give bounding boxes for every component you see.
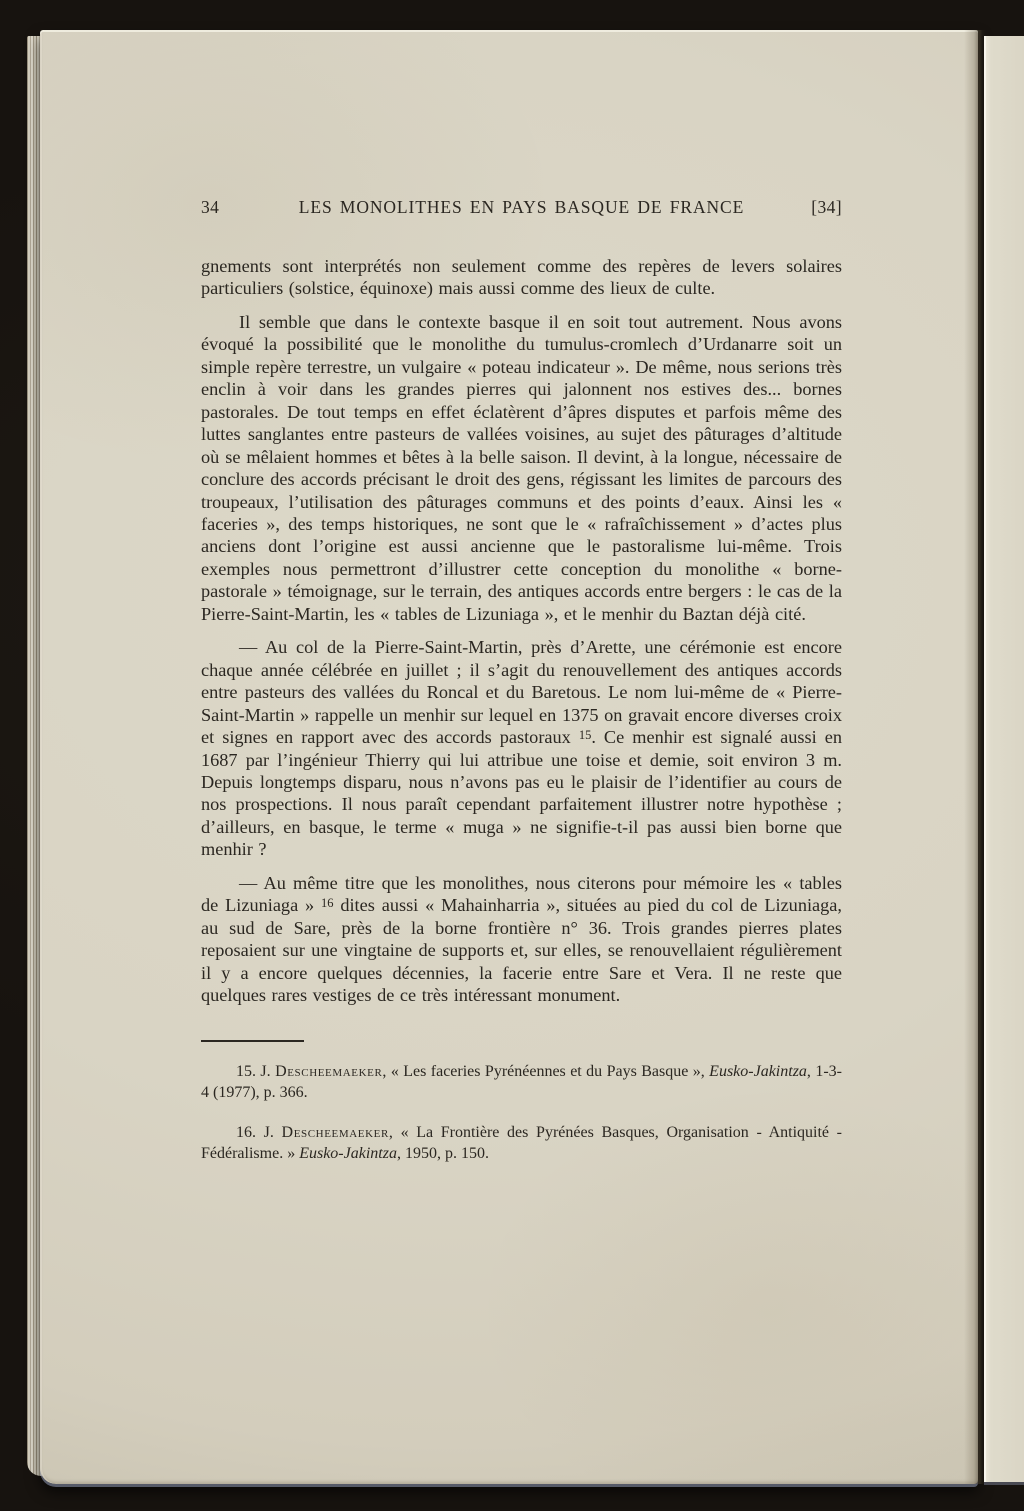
- book-page: 34 LES MONOLITHES EN PAYS BASQUE DE FRAN…: [40, 30, 978, 1484]
- footnote-ref-16: 16: [321, 896, 334, 910]
- paragraph-continuation: gnements sont interprétés non seulement …: [201, 255, 842, 300]
- facing-page-sliver: [984, 36, 1024, 1482]
- footnote-16-journal: Eusko-Jakintza: [299, 1145, 397, 1162]
- footnote-15: 15. J. Descheemaeker, « Les faceries Pyr…: [201, 1061, 842, 1103]
- footnote-16-pages: , 1950, p. 150.: [397, 1145, 489, 1162]
- footnote-15-title: , « Les faceries Pyrénéennes et du Pays …: [382, 1063, 709, 1080]
- footnote-15-journal: Eusko-Jakintza: [709, 1063, 807, 1080]
- footnote-15-author: Descheemaeker: [275, 1063, 382, 1080]
- page-number-bracketed: [34]: [770, 197, 842, 218]
- paragraph-context-basque: Il semble que dans le contexte basque il…: [201, 311, 842, 625]
- running-header: 34 LES MONOLITHES EN PAYS BASQUE DE FRAN…: [201, 197, 842, 218]
- scan-backdrop: 34 LES MONOLITHES EN PAYS BASQUE DE FRAN…: [0, 0, 1024, 1511]
- footnote-ref-15: 15: [579, 728, 592, 742]
- footnote-15-lead: 15. J.: [236, 1063, 275, 1080]
- page-number-left: 34: [201, 197, 273, 218]
- paragraph-pierre-saint-martin: — Au col de la Pierre-Saint-Martin, près…: [201, 636, 842, 861]
- footnote-16-author: Descheemaeker: [282, 1124, 389, 1141]
- footnote-16: 16. J. Descheemaeker, « La Frontière des…: [201, 1122, 842, 1164]
- footnote-16-lead: 16. J.: [236, 1124, 282, 1141]
- footnote-separator-rule: [201, 1040, 304, 1042]
- page-content: 34 LES MONOLITHES EN PAYS BASQUE DE FRAN…: [201, 197, 842, 1164]
- paragraph-tables-lizuniaga: — Au même titre que les monolithes, nous…: [201, 872, 842, 1007]
- running-title: LES MONOLITHES EN PAYS BASQUE DE FRANCE: [273, 197, 770, 218]
